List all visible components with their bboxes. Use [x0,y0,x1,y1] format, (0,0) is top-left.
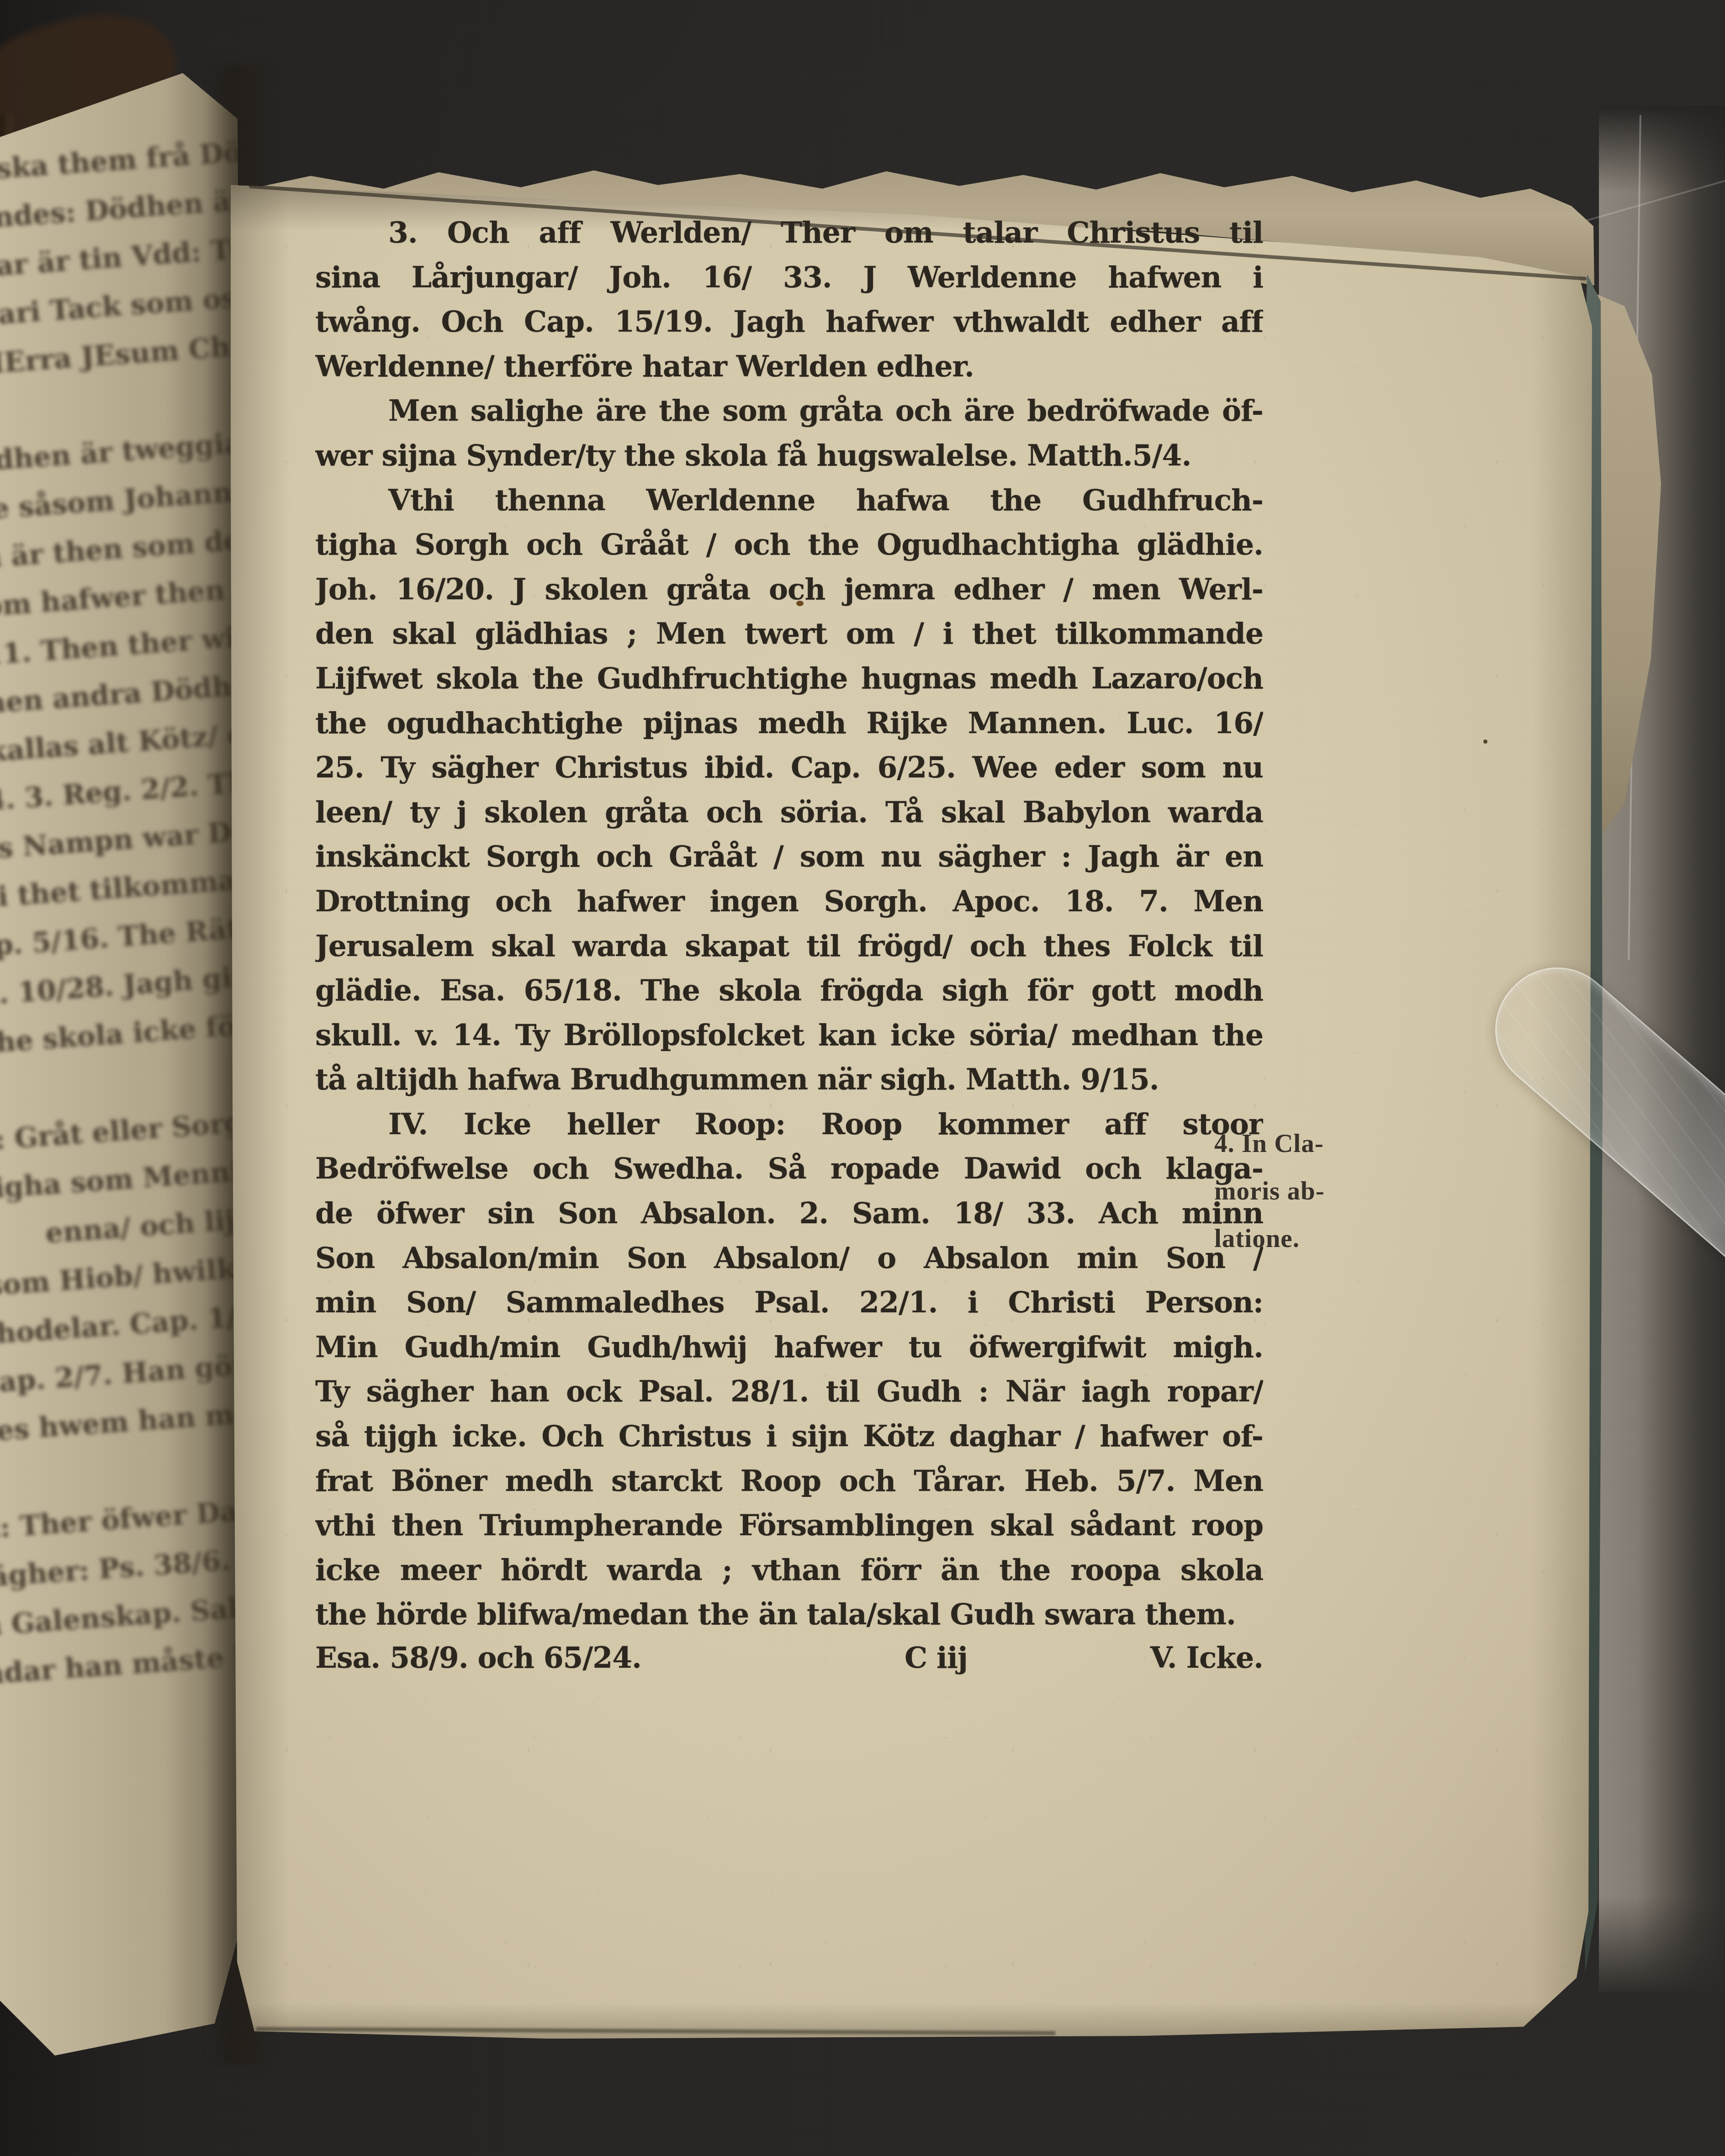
text-line: vthi then Triumpherande Församblingen sk… [315,1503,1263,1548]
text-line: Lijfwet skola the Gudhfruchtighe hugnas … [315,656,1263,701]
margin-note-line: 4. In Cla- [1214,1120,1397,1168]
text-line: Bedröfwelse och Swedha. Så ropade Dawid … [315,1147,1263,1191]
text-line: Joh. 16/20. J skolen gråta och jemra edh… [315,567,1263,612]
text-line: Min Gudh/min Gudh/hwij hafwer tu öfwergi… [315,1325,1263,1370]
margin-note-line: moris ab- [1214,1168,1397,1215]
signature-mark: C iij [905,1636,968,1680]
background-band-fade-bottom [1599,1896,1725,1996]
text-line: min Son/ Sammaledhes Psal. 22/1. i Chris… [315,1280,1263,1325]
page-text-block: 3. Och aff Werlden/ Ther om talar Christ… [315,211,1263,1637]
text-line: tå altijdh hafwa Brudhgummen när sigh. M… [315,1057,1263,1102]
text-line: glädie. Esa. 65/18. The skola frögda sig… [315,968,1263,1013]
text-line: Drottning och hafwer ingen Sorgh. Apoc. … [315,879,1263,924]
text-line: 25. Ty sägher Christus ibid. Cap. 6/25. … [315,745,1263,790]
margin-note: 4. In Cla-moris ab-latione. [1214,1120,1397,1263]
text-line: Werldenne/ therföre hatar Werlden edher. [315,344,1263,389]
paper-stain [1483,740,1487,744]
text-line: den skal glädhias ; Men twert om / i the… [315,612,1263,656]
text-line: wer sijna Synder/ty the skola få hugswal… [315,433,1263,478]
footer-reference: Esa. 58/9. och 65/24. [315,1636,641,1680]
text-line: icke meer hördt warda ; vthan förr än th… [315,1548,1263,1593]
text-line: Son Absalon/min Son Absalon/ o Absalon m… [315,1236,1263,1281]
text-line: tigha Sorgh och Grååt / och the Ogudhach… [315,523,1263,567]
text-line: skull. v. 14. Ty Bröllopsfolcket kan ick… [315,1013,1263,1058]
text-line: 3. Och aff Werlden/ Ther om talar Christ… [315,211,1263,255]
catchword: V. Icke. [1150,1636,1263,1680]
text-line: inskänckt Sorgh och Grååt / som nu säghe… [315,835,1263,879]
text-line: the ogudhachtighe pijnas medh Rijke Mann… [315,701,1263,746]
text-line: IV. Icke heller Roop: Roop kommer aff st… [315,1102,1263,1147]
text-line: Jerusalem skal warda skapat til frögd/ o… [315,924,1263,969]
text-line: Ty sägher han ock Psal. 28/1. til Gudh :… [315,1369,1263,1414]
text-line: the hörde blifwa/medan the än tala/skal … [315,1592,1263,1637]
text-line: leen/ ty j skolen gråta och söria. Tå sk… [315,790,1263,835]
margin-note-line: latione. [1214,1215,1397,1263]
text-line: Vthi thenna Werldenne hafwa the Gudhfruc… [315,478,1263,523]
background-band-fade-top [1599,106,1725,193]
text-line: de öfwer sin Son Absalon. 2. Sam. 18/ 33… [315,1191,1263,1236]
footer-row: Esa. 58/9. och 65/24. C iij V. Icke. [315,1636,1263,1680]
text-line: twång. Och Cap. 15/19. Jagh hafwer vthwa… [315,300,1263,344]
text-line: frat Böner medh starckt Roop och Tårar. … [315,1459,1263,1504]
book-photograph: ffwelse/ och fr älska them frå Döother m… [0,0,1725,2156]
text-line: Men salighe äre the som gråta och äre be… [315,389,1263,433]
text-line: så tijgh icke. Och Christus i sijn Kötz … [315,1414,1263,1459]
text-line: sina Lårjungar/ Joh. 16/ 33. J Werldenne… [315,255,1263,300]
